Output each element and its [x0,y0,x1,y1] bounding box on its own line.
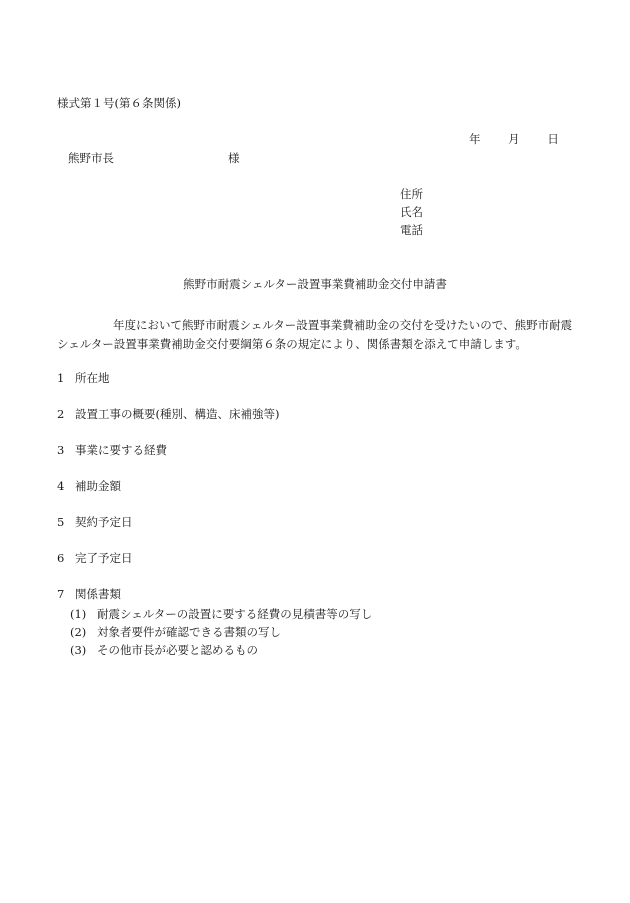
body-paragraph: 年度において熊野市耐震シェルター設置事業費補助金の交付を受けたいので、熊野市耐震… [57,316,579,354]
item-project-cost: 3事業に要する経費 [57,445,167,457]
field-name-label: 氏名 [400,203,423,221]
item-related-documents: 7関係書類 [57,589,121,601]
addressee: 熊野市長 [68,153,114,165]
body-paragraph-line-2: シェルター設置事業費補助金交付要綱第６条の規定により、関係書類を添えて申請します… [57,335,579,354]
form-number: 様式第１号(第６条関係) [57,98,181,110]
related-document-item: (3)その他市長が必要と認めるもの [70,641,372,659]
item-number: 1 [57,373,75,385]
addressee-honorific: 様 [228,153,240,165]
date-year-label: 年 [469,134,481,146]
related-document-item: (1)耐震シェルターの設置に要する経費の見積書等の写し [70,605,372,623]
date-month-label: 月 [508,134,520,146]
related-document-number: (2) [70,623,97,641]
document-title: 熊野市耐震シェルター設置事業費補助金交付申請書 [0,279,630,291]
item-label: 設置工事の概要(種別、構造、床補強等) [75,407,279,421]
applicant-fields: 住所 氏名 電話 [400,185,423,239]
item-number: 4 [57,481,75,493]
related-document-label: 対象者要件が確認できる書類の写し [97,625,281,639]
item-contract-date: 5契約予定日 [57,517,133,529]
item-label: 完了予定日 [75,551,133,565]
date-day-label: 日 [547,134,559,146]
field-phone-label: 電話 [400,221,423,239]
item-number: 6 [57,553,75,565]
item-number: 2 [57,409,75,421]
item-subsidy-amount: 4補助金額 [57,481,121,493]
item-label: 補助金額 [75,479,121,493]
document-title-text: 熊野市耐震シェルター設置事業費補助金交付申請書 [183,277,447,291]
date-line: 年 月 日 [469,134,559,146]
item-number: 3 [57,445,75,457]
related-document-label: 耐震シェルターの設置に要する経費の見積書等の写し [97,607,372,621]
item-label: 所在地 [75,371,110,385]
item-location: 1所在地 [57,373,110,385]
item-label: 事業に要する経費 [75,443,167,457]
item-number: 5 [57,517,75,529]
related-documents-list: (1)耐震シェルターの設置に要する経費の見積書等の写し (2)対象者要件が確認で… [70,605,372,659]
body-paragraph-line-1: 年度において熊野市耐震シェルター設置事業費補助金の交付を受けたいので、熊野市耐震 [57,316,579,335]
item-completion-date: 6完了予定日 [57,553,133,565]
item-label: 契約予定日 [75,515,133,529]
related-document-number: (3) [70,641,97,659]
item-number: 7 [57,589,75,601]
related-document-item: (2)対象者要件が確認できる書類の写し [70,623,372,641]
related-document-label: その他市長が必要と認めるもの [97,643,258,657]
field-address-label: 住所 [400,185,423,203]
item-construction-overview: 2設置工事の概要(種別、構造、床補強等) [57,409,279,421]
related-document-number: (1) [70,605,97,623]
item-label: 関係書類 [75,587,121,601]
